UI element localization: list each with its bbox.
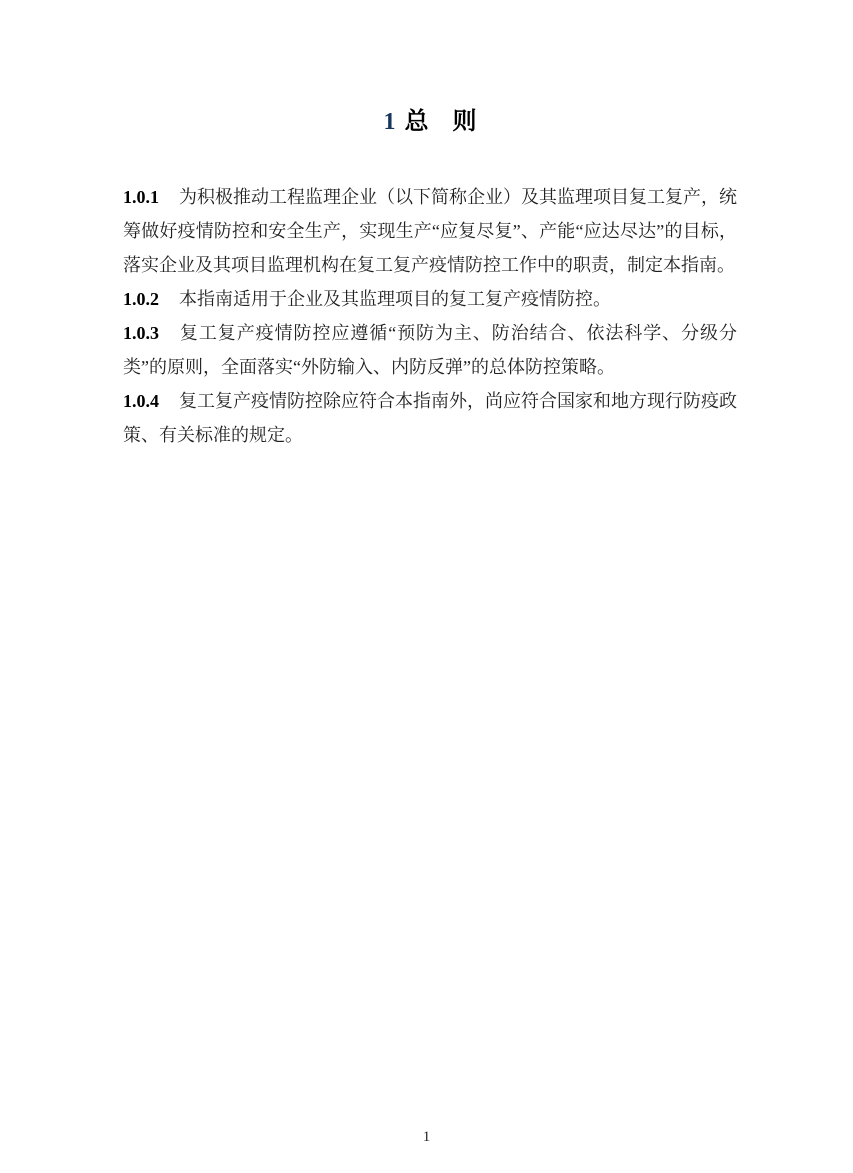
chapter-title: 1总 则 [123, 104, 737, 140]
document-content: 1总 则 1.0.1为积极推动工程监理企业（以下简称企业）及其监理项目复工复产，… [123, 104, 737, 452]
clause-1-0-3: 1.0.3复工复产疫情防控应遵循“预防为主、防治结合、依法科学、分级分类”的原则… [123, 316, 737, 384]
document-page: 1总 则 1.0.1为积极推动工程监理企业（以下简称企业）及其监理项目复工复产，… [0, 0, 853, 1173]
chapter-title-number: 1 [384, 109, 396, 135]
chapter-title-text: 总 则 [405, 109, 477, 135]
clause-1-0-3-number: 1.0.3 [123, 323, 159, 343]
clause-1-0-4-text: 复工复产疫情防控除应符合本指南外，尚应符合国家和地方现行防疫政策、有关标准的规定… [123, 391, 737, 445]
clause-1-0-1: 1.0.1为积极推动工程监理企业（以下简称企业）及其监理项目复工复产，统筹做好疫… [123, 180, 737, 282]
clause-1-0-3-text: 复工复产疫情防控应遵循“预防为主、防治结合、依法科学、分级分类”的原则，全面落实… [123, 323, 737, 377]
clause-1-0-1-text: 为积极推动工程监理企业（以下简称企业）及其监理项目复工复产，统筹做好疫情防控和安… [123, 187, 737, 275]
clause-1-0-4-number: 1.0.4 [123, 391, 159, 411]
clause-1-0-4: 1.0.4复工复产疫情防控除应符合本指南外，尚应符合国家和地方现行防疫政策、有关… [123, 384, 737, 452]
clause-1-0-2: 1.0.2本指南适用于企业及其监理项目的复工复产疫情防控。 [123, 282, 737, 316]
clause-1-0-2-text: 本指南适用于企业及其监理项目的复工复产疫情防控。 [179, 289, 611, 309]
clause-1-0-1-number: 1.0.1 [123, 187, 159, 207]
clause-1-0-2-number: 1.0.2 [123, 289, 159, 309]
page-number: 1 [0, 1128, 853, 1146]
